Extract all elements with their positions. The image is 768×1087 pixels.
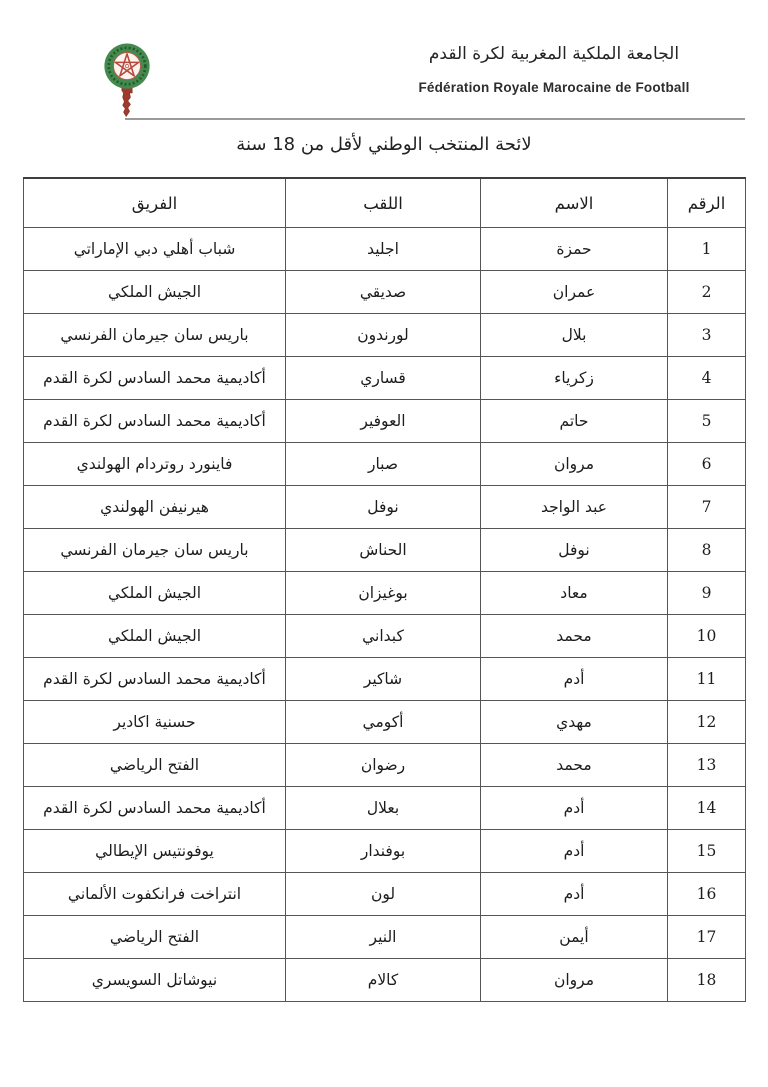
cell-team: حسنية اكادير	[24, 701, 286, 744]
table-row: 7 عبد الواجد نوفل هيرنيفن الهولندي	[24, 486, 746, 529]
cell-name: عبد الواجد	[481, 486, 668, 529]
cell-surname: بوفندار	[286, 830, 481, 873]
roster-table: الرقم الاسم اللقب الفريق 1 حمزة اجليد شب…	[23, 177, 746, 1002]
org-title-arabic: الجامعة الملكية المغربية لكرة القدم	[354, 44, 754, 64]
cell-name: أدم	[481, 873, 668, 916]
cell-number: 10	[668, 615, 746, 658]
header-titles: الجامعة الملكية المغربية لكرة القدم Fédé…	[354, 44, 754, 95]
col-header-surname: اللقب	[286, 178, 481, 228]
cell-team: الفتح الرياضي	[24, 744, 286, 787]
table-row: 8 نوفل الحناش باريس سان جيرمان الفرنسي	[24, 529, 746, 572]
col-header-team: الفريق	[24, 178, 286, 228]
table-row: 2 عمران صديقي الجيش الملكي	[24, 271, 746, 314]
frmf-crest-icon	[98, 40, 156, 120]
cell-team: أكاديمية محمد السادس لكرة القدم	[24, 658, 286, 701]
cell-name: بلال	[481, 314, 668, 357]
cell-team: يوفونتيس الإيطالي	[24, 830, 286, 873]
cell-team: الجيش الملكي	[24, 271, 286, 314]
table-row: 6 مروان صبار فاينورد روتردام الهولندي	[24, 443, 746, 486]
table-row: 5 حاتم العوفير أكاديمية محمد السادس لكرة…	[24, 400, 746, 443]
cell-team: أكاديمية محمد السادس لكرة القدم	[24, 787, 286, 830]
cell-name: محمد	[481, 744, 668, 787]
cell-name: عمران	[481, 271, 668, 314]
cell-name: مهدي	[481, 701, 668, 744]
cell-number: 8	[668, 529, 746, 572]
cell-name: معاد	[481, 572, 668, 615]
table-row: 13 محمد رضوان الفتح الرياضي	[24, 744, 746, 787]
cell-number: 7	[668, 486, 746, 529]
table-row: 9 معاد بوغيزان الجيش الملكي	[24, 572, 746, 615]
cell-surname: صديقي	[286, 271, 481, 314]
table-header-row: الرقم الاسم اللقب الفريق	[24, 178, 746, 228]
cell-team: باريس سان جيرمان الفرنسي	[24, 314, 286, 357]
cell-name: حمزة	[481, 228, 668, 271]
table-row: 17 أيمن النير الفتح الرياضي	[24, 916, 746, 959]
cell-team: أكاديمية محمد السادس لكرة القدم	[24, 357, 286, 400]
separator-line	[125, 118, 745, 120]
cell-number: 1	[668, 228, 746, 271]
cell-surname: اجليد	[286, 228, 481, 271]
cell-surname: لورندون	[286, 314, 481, 357]
cell-number: 18	[668, 959, 746, 1002]
cell-surname: كبداني	[286, 615, 481, 658]
cell-name: أدم	[481, 787, 668, 830]
table-row: 11 أدم شاكير أكاديمية محمد السادس لكرة ا…	[24, 658, 746, 701]
document-page: الجامعة الملكية المغربية لكرة القدم Fédé…	[0, 0, 768, 1087]
cell-surname: كالام	[286, 959, 481, 1002]
cell-surname: شاكير	[286, 658, 481, 701]
cell-number: 2	[668, 271, 746, 314]
org-title-french: Fédération Royale Marocaine de Football	[354, 80, 754, 95]
cell-number: 3	[668, 314, 746, 357]
cell-number: 9	[668, 572, 746, 615]
cell-name: أدم	[481, 830, 668, 873]
cell-surname: لون	[286, 873, 481, 916]
table-row: 1 حمزة اجليد شباب أهلي دبي الإماراتي	[24, 228, 746, 271]
cell-surname: قساري	[286, 357, 481, 400]
cell-number: 5	[668, 400, 746, 443]
roster-table-body: 1 حمزة اجليد شباب أهلي دبي الإماراتي 2 ع…	[24, 228, 746, 1002]
table-row: 4 زكرياء قساري أكاديمية محمد السادس لكرة…	[24, 357, 746, 400]
cell-name: زكرياء	[481, 357, 668, 400]
table-row: 3 بلال لورندون باريس سان جيرمان الفرنسي	[24, 314, 746, 357]
cell-number: 15	[668, 830, 746, 873]
list-title: لائحة المنتخب الوطني لأقل من 18 سنة	[23, 134, 745, 155]
cell-team: الجيش الملكي	[24, 572, 286, 615]
cell-number: 6	[668, 443, 746, 486]
cell-surname: نوفل	[286, 486, 481, 529]
cell-surname: النير	[286, 916, 481, 959]
cell-surname: رضوان	[286, 744, 481, 787]
cell-name: حاتم	[481, 400, 668, 443]
cell-number: 11	[668, 658, 746, 701]
cell-team: الجيش الملكي	[24, 615, 286, 658]
cell-team: انتراخت فرانكفوت الألماني	[24, 873, 286, 916]
cell-surname: صبار	[286, 443, 481, 486]
cell-name: محمد	[481, 615, 668, 658]
table-row: 12 مهدي أكومي حسنية اكادير	[24, 701, 746, 744]
table-row: 15 أدم بوفندار يوفونتيس الإيطالي	[24, 830, 746, 873]
cell-surname: بعلال	[286, 787, 481, 830]
cell-surname: الحناش	[286, 529, 481, 572]
cell-team: شباب أهلي دبي الإماراتي	[24, 228, 286, 271]
cell-number: 13	[668, 744, 746, 787]
cell-number: 14	[668, 787, 746, 830]
table-row: 14 أدم بعلال أكاديمية محمد السادس لكرة ا…	[24, 787, 746, 830]
cell-number: 12	[668, 701, 746, 744]
cell-surname: العوفير	[286, 400, 481, 443]
cell-surname: بوغيزان	[286, 572, 481, 615]
cell-team: الفتح الرياضي	[24, 916, 286, 959]
table-row: 10 محمد كبداني الجيش الملكي	[24, 615, 746, 658]
col-header-name: الاسم	[481, 178, 668, 228]
cell-name: مروان	[481, 959, 668, 1002]
cell-name: أيمن	[481, 916, 668, 959]
cell-name: أدم	[481, 658, 668, 701]
cell-team: فاينورد روتردام الهولندي	[24, 443, 286, 486]
cell-number: 16	[668, 873, 746, 916]
cell-team: باريس سان جيرمان الفرنسي	[24, 529, 286, 572]
table-row: 18 مروان كالام نيوشاتل السويسري	[24, 959, 746, 1002]
cell-surname: أكومي	[286, 701, 481, 744]
col-header-number: الرقم	[668, 178, 746, 228]
cell-number: 4	[668, 357, 746, 400]
table-row: 16 أدم لون انتراخت فرانكفوت الألماني	[24, 873, 746, 916]
cell-name: مروان	[481, 443, 668, 486]
cell-team: هيرنيفن الهولندي	[24, 486, 286, 529]
cell-number: 17	[668, 916, 746, 959]
cell-team: أكاديمية محمد السادس لكرة القدم	[24, 400, 286, 443]
cell-name: نوفل	[481, 529, 668, 572]
cell-team: نيوشاتل السويسري	[24, 959, 286, 1002]
